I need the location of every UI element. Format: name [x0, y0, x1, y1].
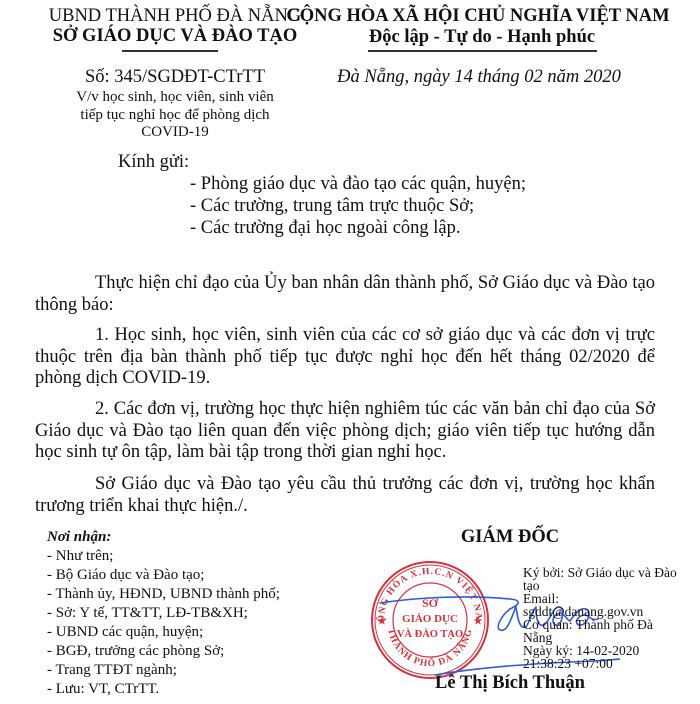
body-paragraph-intro: Thực hiện chỉ đạo của Ủy ban nhân dân th… — [35, 273, 655, 316]
recipients-label: Nơi nhận: — [47, 528, 111, 547]
addressee-item: - Các trường, trung tâm trực thuộc Sở; — [190, 196, 474, 217]
subject-line-1: V/v học sinh, học viên, sinh viên — [76, 89, 273, 106]
issue-date: Đà Nẵng, ngày 14 tháng 02 năm 2020 — [337, 67, 621, 88]
digital-signature-signed-by: Ký bởi: Sở Giáo dục và Đào — [523, 566, 677, 580]
addressee-item: - Các trường đại học ngoài công lập. — [190, 218, 461, 239]
signer-title: GIÁM ĐỐC — [461, 527, 559, 548]
digital-signature-time: 21:38:23 +07:00 — [523, 657, 613, 671]
recipient-item: - Thành ủy, HĐND, UBND thành phố; — [47, 585, 280, 604]
department-name: SỞ GIÁO DỤC VÀ ĐÀO TẠO — [53, 26, 297, 46]
document-number: Số: 345/SGDĐT-CTrTT — [85, 67, 265, 88]
body-paragraph-2: 2. Các đơn vị, trường học thực hiện nghi… — [35, 399, 655, 464]
department-underline — [122, 50, 218, 52]
authority-name: UBND THÀNH PHỐ ĐÀ NẴNG — [49, 6, 302, 26]
motto-underline — [368, 50, 597, 52]
recipient-item: - UBND các quận, huyện; — [47, 623, 203, 642]
subject-line-3: COVID-19 — [141, 124, 209, 141]
nation-name: CỘNG HÒA XÃ HỘI CHỦ NGHĨA VIỆT NAM — [286, 6, 669, 26]
recipient-item: - BGĐ, trưởng các phòng Sở; — [47, 642, 224, 661]
addressee-label: Kính gửi: — [118, 152, 189, 173]
signer-name: Lê Thị Bích Thuận — [435, 673, 585, 694]
recipient-item: - Trang TTĐT ngành; — [47, 661, 177, 680]
body-paragraph-closing: Sở Giáo dục và Đào tạo yêu cầu thủ trưởn… — [35, 474, 655, 517]
addressee-item: - Phòng giáo dục và đào tạo các quận, hu… — [190, 174, 526, 195]
recipient-item: - Bộ Giáo dục và Đào tạo; — [47, 566, 204, 585]
subject-line-2: tiếp tục nghỉ học để phòng dịch — [80, 107, 269, 124]
recipient-item: - Như trên; — [47, 547, 113, 566]
national-motto: Độc lập - Tự do - Hạnh phúc — [369, 27, 595, 47]
body-paragraph-1: 1. Học sinh, học viên, sinh viên của các… — [35, 325, 655, 390]
recipient-item: - Lưu: VT, CTrTT. — [47, 680, 159, 699]
recipient-item: - Sở: Y tế, TT&TT, LĐ-TB&XH; — [47, 604, 248, 623]
